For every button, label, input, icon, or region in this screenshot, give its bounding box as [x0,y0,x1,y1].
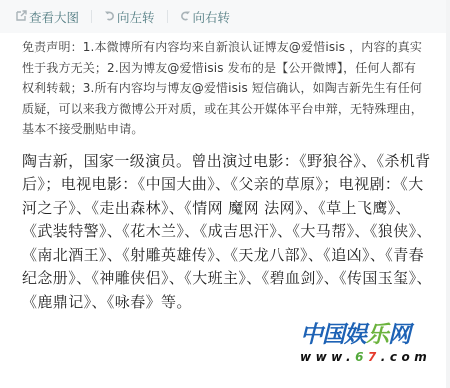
view-large-label: 查看大图 [29,8,79,26]
image-toolbar: 查看大图 向左转 向右转 [0,0,446,33]
rotate-left-button[interactable]: 向左转 [104,8,155,26]
watermark-title: 中国娱乐网 [300,322,440,348]
rotate-left-icon [104,10,115,24]
watermark-url: www.67.com [300,350,440,364]
toolbar-divider [167,10,168,23]
view-large-button[interactable]: 查看大图 [16,8,79,26]
actor-bio: 陶吉新，国家一级演员。曾出演过电影：《野狼谷》、《杀机背后》；电视电影：《中国大… [0,140,446,315]
rotate-left-label: 向左转 [117,8,155,26]
watermark-logo: 中国娱乐网 www.67.com [300,322,440,372]
rotate-right-icon [180,10,191,24]
bio-text: 陶吉新，国家一级演员。曾出演过电影：《野狼谷》、《杀机背后》；电视电影：《中国大… [22,150,434,315]
external-link-icon [16,10,27,24]
disclaimer-text: 免责声明：1.本微博所有内容均来自新浪认证博友@爱惜isis ，内容的真实性于我… [0,33,446,140]
toolbar-divider [91,10,92,23]
rotate-right-button[interactable]: 向右转 [180,8,231,26]
rotate-right-label: 向右转 [193,8,231,26]
image-viewer: 查看大图 向左转 向右转 免责声明：1.本微博所有内容均来自新浪认证博友@爱惜i… [0,0,450,388]
